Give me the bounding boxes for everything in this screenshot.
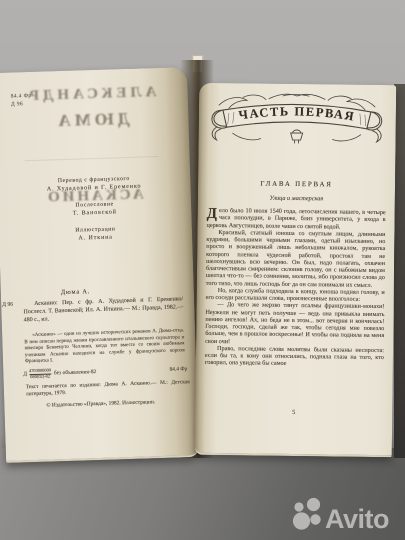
dropcap-letter: Д [207, 207, 219, 220]
body-paragraph: Дело было 10 июля 1540 года, летосчислен… [206, 207, 385, 231]
credits-block: Перевод с французского А. Худадовой и Г.… [0, 173, 193, 254]
catalog-number-line: Д 4703000000 080(02)-82 без объявления-8… [23, 364, 187, 380]
catalog-denominator: 080(02)-82 [29, 374, 51, 379]
catalog-author-entry: Дюма А. [61, 288, 91, 296]
edition-note: Текст печатается по изданию: Дюма А. Аск… [26, 379, 190, 398]
body-paragraph: Право, последние слова молитвы были сказ… [205, 345, 384, 369]
page-number: 5 [195, 408, 392, 417]
illustrations-credit: Иллюстрации А. Иткина [0, 223, 192, 245]
body-paragraph: Красивый, статный юноша со смуглым лицом… [206, 229, 386, 289]
part-banner-engraving: ЧАСТЬ ПЕРВАЯ [209, 91, 386, 147]
afterword-credit: Послесловие Т. Вановской [0, 198, 191, 220]
book-cover-edge [394, 84, 405, 458]
showthrough-rule [25, 156, 159, 161]
paragraph-text: ело было 10 июля 1540 года, летосчислени… [207, 207, 386, 230]
showthrough-author-line2: ДЮМА [0, 107, 189, 133]
avito-logo-icon [293, 498, 321, 530]
chapter-body-text: Дело было 10 июля 1540 года, летосчислен… [205, 207, 386, 369]
annotation-paragraph: «Асканио» — один из лучших исторических … [24, 327, 185, 365]
copyright-line: © Издательство «Правда», 1982. Иллюстрац… [4, 398, 197, 410]
catalog-class-code: 84.4 Фр [169, 366, 187, 373]
catalog-margin-code: Д 96 [2, 302, 13, 308]
marketplace-photo-of-open-book: { "photo": { "watermark_label": "Avito" … [0, 0, 405, 540]
translation-credit: Перевод с французского А. Худадовой и Г.… [0, 173, 191, 195]
chapter-heading: ГЛАВА ПЕРВАЯ [198, 180, 395, 189]
chapter-subtitle: Улица и мастерская [198, 194, 395, 203]
showthrough-author-line1: АЛЕКСАНДР [0, 83, 188, 106]
catalog-prefix: Д [23, 372, 27, 378]
right-page: ЧАСТЬ ПЕРВАЯ ГЛАВА ПЕРВАЯ Улица и мастер… [195, 83, 397, 457]
avito-wordmark: Avito [325, 504, 389, 534]
catalog-fraction: 4703000000 080(02)-82 [29, 368, 51, 379]
avito-watermark: Avito [291, 494, 397, 536]
body-paragraph: — До чего же мерзко тянут псалмы француз… [205, 301, 385, 347]
catalog-suffix: без объявления-82 [54, 369, 96, 376]
bibliographic-entry: Асканио: Пер. с фр. А. Худадовой и Г. Ер… [23, 296, 184, 324]
left-page: 84.4 Фр Д 96 АЛЕКСАНДР ДЮМА АСКАНИО Пере… [0, 67, 199, 463]
